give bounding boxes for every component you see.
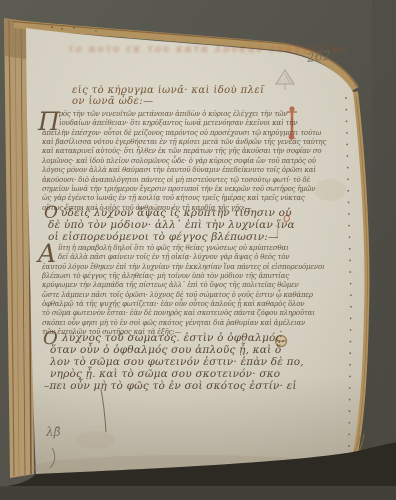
lemma-line: ὐδεὶς λύχνον ἅψας ἰς κρυπτὴν τίθησιν οὐ [61,207,292,219]
commentary-line: ὀφθαλμῷ τὰ τῆς ψυχῆς φωτίζεται· ἐὰν οὖν … [42,300,304,308]
commentary-line: βλέπωσι τὸ φέγγος τῆς ἀληθείας· μὴ τοίνυ… [42,272,289,280]
commentary-line: ἑαυτοῦ λόγον ἔθηκεν ἐπὶ τὴν λυχνίαν τὴν … [42,263,325,271]
folio-number: 262 [306,48,331,65]
lemma-line: λον τὸ σῶμα σου φωτεινόν ἐστιν· ἐπὰν δὲ … [50,356,304,368]
lemma-line: –πει οὖν μὴ τὸ φῶς τὸ ἐν σοὶ σκότος ἐστί… [44,380,297,392]
lemma-line: λύχνος τοῦ σώματος. ἐστὶν ὁ ὀφθαλμός, [62,332,285,344]
commentary-line: καὶ κατακρινεῖ αὐτούς· ὅτι ἦλθεν ἐκ τῶν … [42,147,321,155]
commentary-line: κρύψωμεν τὴν λαμπάδα τῆς πίστεως ἀλλ᾽ ἐπ… [42,281,299,289]
commentary-line: δεῖ ἀλλὰ πᾶσι φαίνειν τοῖς ἐν τῇ οἰκίᾳ· … [58,253,289,261]
commentary-line: λομῶνος· καὶ ἰδοὺ πλεῖον σολομῶνος ὧδε· … [42,157,316,165]
commentary-line: λόγοις μόνον ἀλλὰ καὶ θαύμασι τὴν ἑαυτοῦ… [42,166,316,174]
commentary-line: ὕτη ἡ παραβολὴ δηλοῖ ὅτι τὸ φῶς τῆς θεία… [58,244,289,252]
lemma-line: δὲ ὑπὸ τὸν μόδιον· ἀλλ᾽ ἐπὶ τὴν λυχνίαν … [48,219,295,231]
commentary-line: σημεῖον ἰωνᾶ τὴν τριήμερον ἔγερσιν προτυ… [42,185,315,193]
background-right-shade [372,0,396,500]
lemma-line: ὅταν οὖν ὁ ὀφθαλμός σου ἁπλοῦς ᾖ, καὶ ὅ [50,344,281,356]
commentary-line: ὥστε λάμπειν πᾶσι τοῖς ὁρῶσι· λύχνος δὲ … [42,291,313,299]
manuscript-photo: το αυτο εκ του κατα λουκαν ευαγγελιου ⁘ … [0,0,396,500]
commentary-line: καὶ βασίλισσα νότου ἐγερθήσεται ἐν τῇ κρ… [42,138,326,146]
heading-line: εἰς τὸ κήρυγμα ἰωνᾶ· καὶ ἰδοὺ πλεῖ [72,85,264,96]
commentary-line: ὡς γὰρ ἐγένετο ἰωνᾶς ἐν τῇ κοιλίᾳ τοῦ κή… [42,194,305,202]
commentary-line: ἰουδαίων ἀπείθειαν· ὅτι κηρύξαντος ἰωνᾶ … [59,119,297,127]
lemma-line: νηρὸς ᾖ. καὶ τὸ σῶμα σου σκοτεινόν· σκο [50,368,280,380]
quire-mark: λβ̄ [46,425,61,439]
commentary-line: ἀκούουσι· διὸ ἀναπολόγητοι πάντες οἱ μὴ … [42,176,310,184]
heading-line: ον ἰωνᾶ ὧδε:— [72,96,153,107]
commentary-line: ρὸς τὴν τῶν νινευϊτῶν μετάνοιαν ἀπιδὼν ὁ… [59,110,287,118]
commentary-line: σκόπει οὖν φησι μὴ τὸ ἐν σοὶ φῶς σκότος … [42,319,305,327]
commentary-line: ἀπειλὴν ἐπέσχον· οὗτοι δὲ μείζονος παρόν… [42,129,321,137]
commentary-line: τὸ σῶμα φωτεινὸν ἔσται· ἐὰν δὲ πονηρὸς κ… [42,309,315,317]
lemma-line: οἱ εἰσπορευόμενοι τὸ φέγγος βλέπωσιν:— [48,231,279,243]
